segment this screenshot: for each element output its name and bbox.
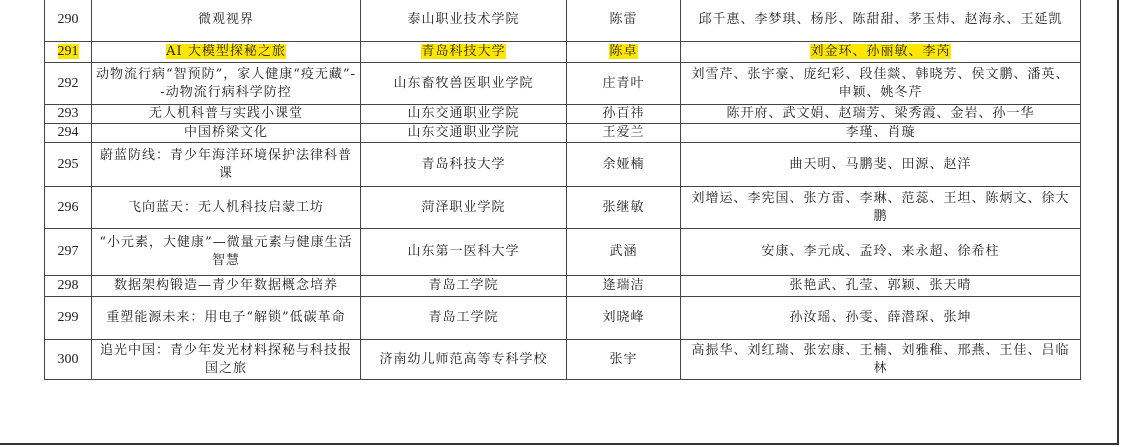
leader-name: 王爱兰 [567,124,681,143]
leader-name: 张继敏 [567,187,681,229]
leader-name: 刘晓峰 [567,297,681,340]
members-list: 刘金环、孙丽敏、李芮 [681,42,1081,63]
leader-name: 孙百祎 [567,105,681,124]
members-list: 高振华、刘红瑞、张宏康、王楠、刘雅稚、邢燕、王佳、吕临林 [681,340,1081,380]
table-row: 298 数据架构锻造—青少年数据概念培养 青岛工学院 逄瑞洁 张艳武、孔莹、郭颖… [45,276,1081,297]
table-row: 292 动物流行病“智预防”，家人健康“疫无藏”--动物流行病科学防控 山东畜牧… [45,63,1081,105]
leader-name: 武涵 [567,229,681,276]
row-number: 300 [45,340,92,380]
school-name: 菏泽职业学院 [361,187,567,229]
leader-name: 陈雷 [567,0,681,42]
row-number: 292 [45,63,92,105]
leader-name: 张宇 [567,340,681,380]
school-name: 青岛科技大学 [361,42,567,63]
school-name: 山东畜牧兽医职业学院 [361,63,567,105]
project-name: 蔚蓝防线：青少年海洋环境保护法律科普课 [92,143,361,187]
project-name: 中国桥梁文化 [92,124,361,143]
table-row: 294 中国桥梁文化 山东交通职业学院 王爱兰 李瑾、肖璇 [45,124,1081,143]
leader-name: 庄青叶 [567,63,681,105]
school-name: 青岛科技大学 [361,143,567,187]
school-name: 青岛工学院 [361,297,567,340]
school-name: 泰山职业技术学院 [361,0,567,42]
school-name: 山东第一医科大学 [361,229,567,276]
members-list: 邱千惠、李梦琪、杨彤、陈甜甜、茅玉炜、赵海永、王延凯 [681,0,1081,42]
project-name: 重塑能源未来：用电子“解锁”低碳革命 [92,297,361,340]
row-number: 297 [45,229,92,276]
project-name: 微观视界 [92,0,361,42]
project-table: 290 微观视界 泰山职业技术学院 陈雷 邱千惠、李梦琪、杨彤、陈甜甜、茅玉炜、… [44,0,1081,380]
project-name: AI 大模型探秘之旅 [92,42,361,63]
leader-name: 陈卓 [567,42,681,63]
members-list: 张艳武、孔莹、郭颖、张天晴 [681,276,1081,297]
project-name: “小元素，大健康”—微量元素与健康生活智慧 [92,229,361,276]
row-number: 295 [45,143,92,187]
row-number: 299 [45,297,92,340]
row-number: 290 [45,0,92,42]
project-name: 追光中国：青少年发光材料探秘与科技报国之旅 [92,340,361,380]
members-list: 孙汝瑶、孙雯、薛潜琛、张坤 [681,297,1081,340]
school-name: 青岛工学院 [361,276,567,297]
row-number: 293 [45,105,92,124]
table-row: 293 无人机科普与实践小课堂 山东交通职业学院 孙百祎 陈开府、武文娟、赵瑞芳… [45,105,1081,124]
school-name: 济南幼儿师范高等专科学校 [361,340,567,380]
project-name: 动物流行病“智预防”，家人健康“疫无藏”--动物流行病科学防控 [92,63,361,105]
table-row: 299 重塑能源未来：用电子“解锁”低碳革命 青岛工学院 刘晓峰 孙汝瑶、孙雯、… [45,297,1081,340]
school-name: 山东交通职业学院 [361,124,567,143]
row-number: 294 [45,124,92,143]
row-number: 291 [45,42,92,63]
members-list: 李瑾、肖璇 [681,124,1081,143]
members-list: 曲天明、马鹏斐、田源、赵洋 [681,143,1081,187]
members-list: 安康、李元成、孟玲、来永超、徐希柱 [681,229,1081,276]
row-number: 296 [45,187,92,229]
members-list: 刘雪芹、张宇豪、庞纪彩、段佳燚、韩晓芳、侯文鹏、潘英、申颖、姚冬芹 [681,63,1081,105]
project-name: 数据架构锻造—青少年数据概念培养 [92,276,361,297]
table-row: 297 “小元素，大健康”—微量元素与健康生活智慧 山东第一医科大学 武涵 安康… [45,229,1081,276]
table-row: 295 蔚蓝防线：青少年海洋环境保护法律科普课 青岛科技大学 余娅楠 曲天明、马… [45,143,1081,187]
project-name: 飞向蓝天：无人机科技启蒙工坊 [92,187,361,229]
table-row: 290 微观视界 泰山职业技术学院 陈雷 邱千惠、李梦琪、杨彤、陈甜甜、茅玉炜、… [45,0,1081,42]
members-list: 陈开府、武文娟、赵瑞芳、梁秀霞、金岩、孙一华 [681,105,1081,124]
table-row: 296 飞向蓝天：无人机科技启蒙工坊 菏泽职业学院 张继敏 刘增运、李宪国、张方… [45,187,1081,229]
table-row: 300 追光中国：青少年发光材料探秘与科技报国之旅 济南幼儿师范高等专科学校 张… [45,340,1081,380]
members-list: 刘增运、李宪国、张方雷、李琳、范蕊、王坦、陈炳文、徐大鹏 [681,187,1081,229]
project-name: 无人机科普与实践小课堂 [92,105,361,124]
leader-name: 余娅楠 [567,143,681,187]
table-row: 291 AI 大模型探秘之旅 青岛科技大学 陈卓 刘金环、孙丽敏、李芮 [45,42,1081,63]
school-name: 山东交通职业学院 [361,105,567,124]
row-number: 298 [45,276,92,297]
leader-name: 逄瑞洁 [567,276,681,297]
